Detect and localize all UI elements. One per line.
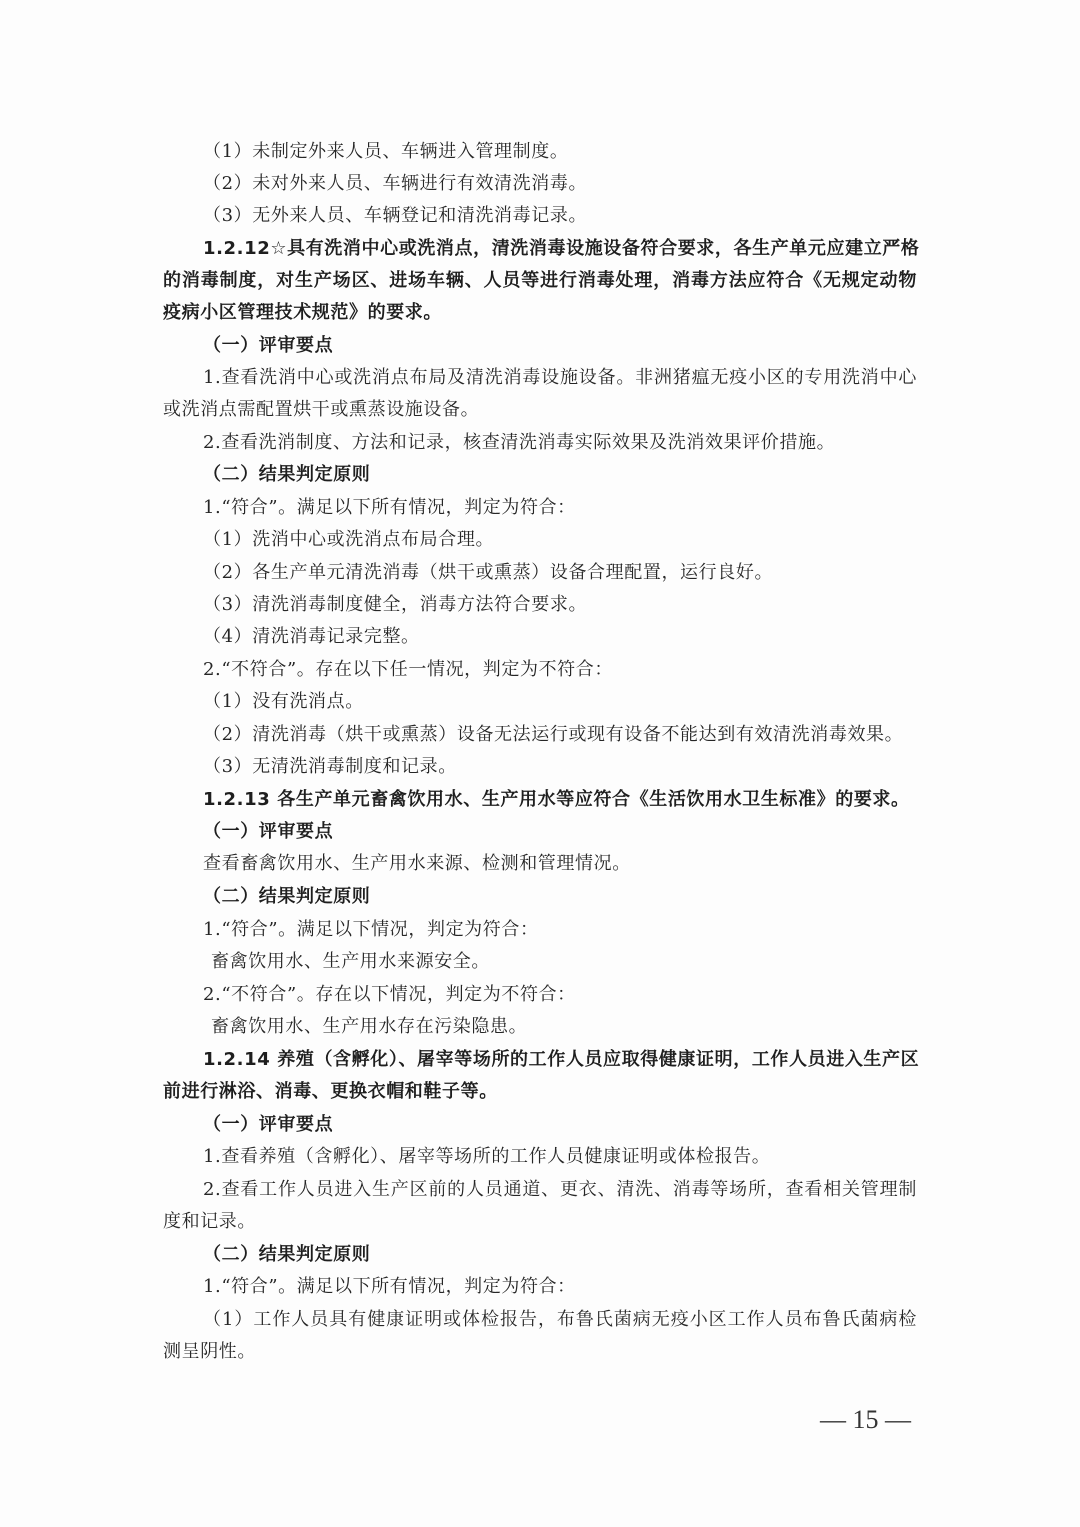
text-line: 测呈阴性。 [163,1340,923,1364]
text-line: 1.“符合”。满足以下所有情况，判定为符合： [203,1275,963,1299]
text-line: （3）无外来人员、车辆登记和清洗消毒记录。 [203,204,963,228]
text-line: 2.查看洗消制度、方法和记录，核查清洗消毒实际效果及洗消效果评价措施。 [203,431,963,455]
text-line: （2）未对外来人员、车辆进行有效清洗消毒。 [203,172,963,196]
text-line: （2）清洗消毒（烘干或熏蒸）设备无法运行或现有设备不能达到有效清洗消毒效果。 [203,723,963,747]
heading-line: 1.2.14 养殖（含孵化）、屠宰等场所的工作人员应取得健康证明，工作人员进入生… [203,1048,917,1072]
text-line: 或洗消点需配置烘干或熏蒸设施设备。 [163,398,923,422]
text-line: （1）洗消中心或洗消点布局合理。 [203,528,963,552]
heading-line: 1.2.12☆具有洗消中心或洗消点，清洗消毒设施设备符合要求，各生产单元应建立严… [203,237,917,261]
heading-line: （二）结果判定原则 [203,885,963,909]
heading-line: （二）结果判定原则 [203,1243,963,1267]
text-line: 1.“符合”。满足以下所有情况，判定为符合： [203,496,963,520]
heading-line: 1.2.13 各生产单元畜禽饮用水、生产用水等应符合《生活饮用水卫生标准》的要求… [203,788,963,812]
text-line: （3）清洗消毒制度健全，消毒方法符合要求。 [203,593,963,617]
text-line: 1.“符合”。满足以下情况，判定为符合： [203,918,963,942]
heading-line: （一）评审要点 [203,1113,963,1137]
text-line: 度和记录。 [163,1210,923,1234]
text-line: 查看畜禽饮用水、生产用水来源、检测和管理情况。 [203,852,963,876]
text-line: 2.查看工作人员进入生产区前的人员通道、更衣、清洗、消毒等场所，查看相关管理制 [203,1178,917,1202]
text-line: （1）没有洗消点。 [203,690,963,714]
heading-line: （一）评审要点 [203,820,963,844]
heading-line: （一）评审要点 [203,334,963,358]
heading-line: 前进行淋浴、消毒、更换衣帽和鞋子等。 [163,1080,923,1104]
heading-line: 疫病小区管理技术规范》的要求。 [163,301,923,325]
text-line: （1）未制定外来人员、车辆进入管理制度。 [203,140,963,164]
text-line: （2）各生产单元清洗消毒（烘干或熏蒸）设备合理配置，运行良好。 [203,561,963,585]
text-line: （1）工作人员具有健康证明或体检报告，布鲁氏菌病无疫小区工作人员布鲁氏菌病检 [203,1308,917,1332]
document-page: （1）未制定外来人员、车辆进入管理制度。（2）未对外来人员、车辆进行有效清洗消毒… [0,0,1080,1527]
text-line: 2.“不符合”。存在以下任一情况，判定为不符合： [203,658,963,682]
text-line: 1.查看洗消中心或洗消点布局及清洗消毒设施设备。非洲猪瘟无疫小区的专用洗消中心 [203,366,917,390]
text-line: （3）无清洗消毒制度和记录。 [203,755,963,779]
heading-line: 的消毒制度，对生产场区、进场车辆、人员等进行消毒处理，消毒方法应符合《无规定动物 [163,269,917,293]
text-line: （4）清洗消毒记录完整。 [203,625,963,649]
text-line: 畜禽饮用水、生产用水存在污染隐患。 [211,1015,971,1039]
text-line: 2.“不符合”。存在以下情况，判定为不符合： [203,983,963,1007]
heading-line: （二）结果判定原则 [203,463,963,487]
page-number: — 15 — [820,1405,911,1435]
text-line: 畜禽饮用水、生产用水来源安全。 [211,950,971,974]
text-line: 1.查看养殖（含孵化）、屠宰等场所的工作人员健康证明或体检报告。 [203,1145,963,1169]
